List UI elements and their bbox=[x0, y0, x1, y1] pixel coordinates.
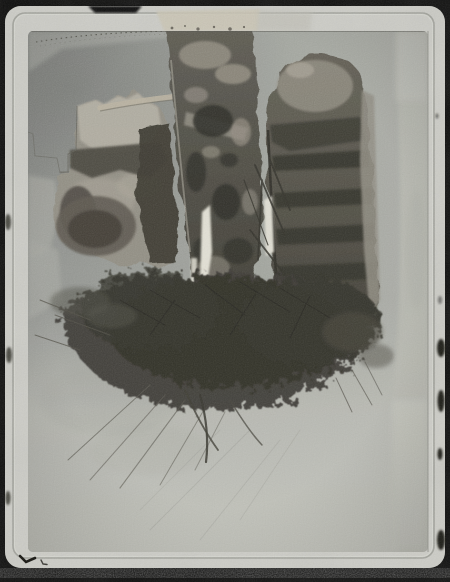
vintage-photograph bbox=[0, 0, 450, 582]
photograph-frame bbox=[0, 0, 450, 582]
